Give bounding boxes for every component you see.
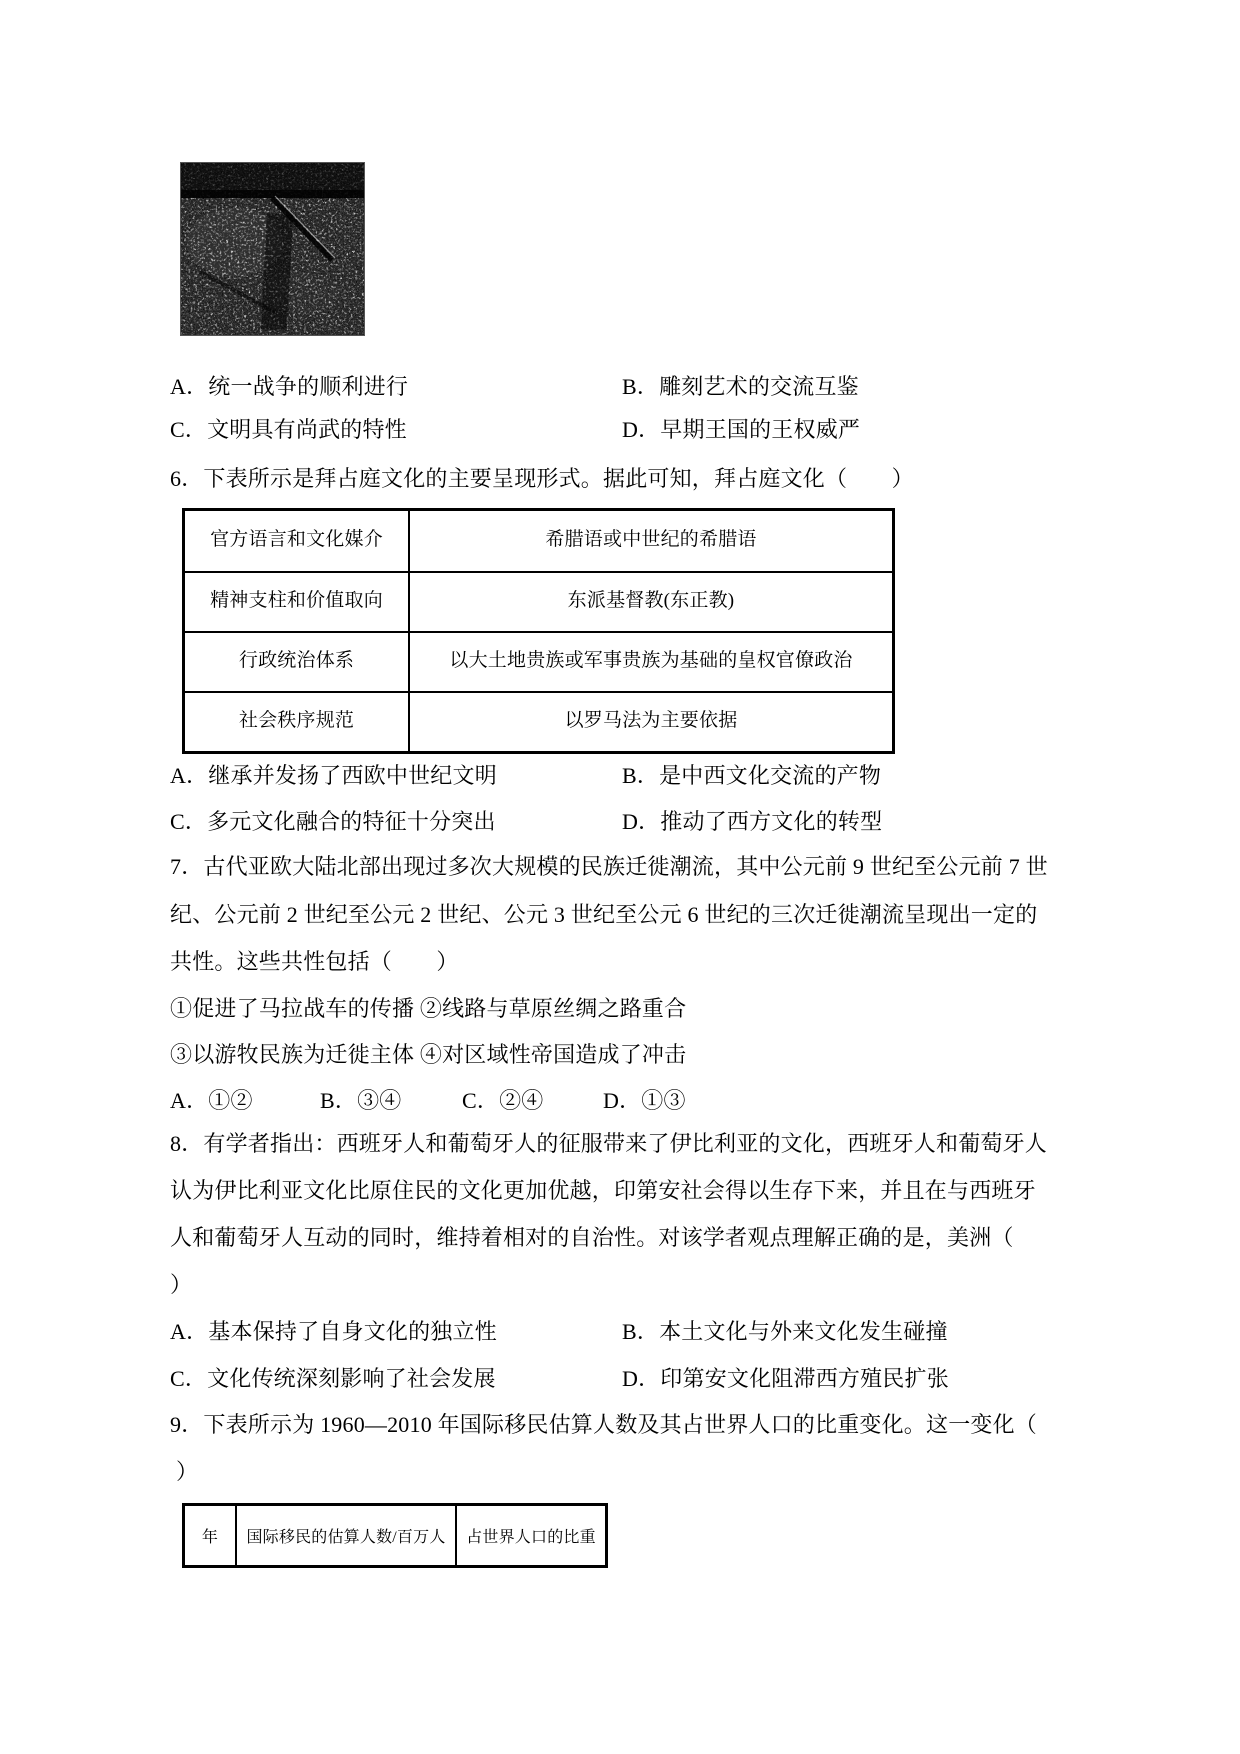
relief-carving-graphic <box>180 162 365 336</box>
q6-table-row2-label: 精神支柱和价值取向 <box>185 571 408 631</box>
q8-options-row-ab: A．基本保持了自身文化的独立性 B．本土文化与外来文化发生碰撞 <box>170 1318 948 1345</box>
q5-option-a: A．统一战争的顺利进行 <box>170 373 622 400</box>
q9-table-header-migrants: 国际移民的估算人数/百万人 <box>235 1506 455 1565</box>
q8-stem-line2: 认为伊比利亚文化比原住民的文化更加优越，印第安社会得以生存下来，并且在与西班牙 <box>170 1177 1036 1204</box>
q7-option-d: D．①③ <box>603 1087 686 1114</box>
q7-option-c: C．②④ <box>462 1087 603 1114</box>
q8-option-c: C．文化传统深刻影响了社会发展 <box>170 1365 622 1392</box>
q8-option-b: B．本土文化与外来文化发生碰撞 <box>622 1318 948 1345</box>
q6-stem: 6．下表所示是拜占庭文化的主要呈现形式。据此可知，拜占庭文化（ ） <box>170 465 914 492</box>
q8-option-d: D．印第安文化阻滞西方殖民扩张 <box>622 1365 949 1392</box>
q5-option-d: D．早期王国的王权威严 <box>622 416 860 443</box>
q6-table-row1-value: 希腊语或中世纪的希腊语 <box>408 511 892 571</box>
q7-stem-line2: 纪、公元前 2 世纪至公元 2 世纪、公元 3 世纪至公元 6 世纪的三次迁徙潮… <box>170 901 1037 928</box>
q9-table-header-share: 占世界人口的比重 <box>455 1506 605 1565</box>
q5-option-b: B．雕刻艺术的交流互鉴 <box>622 373 859 400</box>
q8-stem-line1: 8．有学者指出：西班牙人和葡萄牙人的征服带来了伊比利亚的文化，西班牙人和葡萄牙人 <box>170 1130 1047 1157</box>
q9-stem-line2: ） <box>176 1458 198 1485</box>
q5-options-row-cd: C．文明具有尚武的特性 D．早期王国的王权威严 <box>170 416 860 443</box>
q6-option-c: C．多元文化融合的特征十分突出 <box>170 808 622 835</box>
q8-option-a: A．基本保持了自身文化的独立性 <box>170 1318 622 1345</box>
q7-option-a: A．①② <box>170 1087 320 1114</box>
q8-stem-line3: 人和葡萄牙人互动的同时，维持着相对的自治性。对该学者观点理解正确的是，美洲（ <box>170 1224 1014 1251</box>
q8-stem-line4: ） <box>170 1271 192 1298</box>
q6-byzantine-culture-table: 官方语言和文化媒介 希腊语或中世纪的希腊语 精神支柱和价值取向 东派基督教(东正… <box>182 508 895 754</box>
q9-table-header-year: 年 <box>185 1506 235 1565</box>
q6-table-row4-value: 以罗马法为主要依据 <box>408 691 892 751</box>
q6-table-row3-label: 行政统治体系 <box>185 631 408 691</box>
q7-items-line2: ③以游牧民族为迁徙主体 ④对区域性帝国造成了冲击 <box>170 1041 686 1068</box>
q8-options-row-cd: C．文化传统深刻影响了社会发展 D．印第安文化阻滞西方殖民扩张 <box>170 1365 949 1392</box>
q9-migrants-table: 年 国际移民的估算人数/百万人 占世界人口的比重 <box>182 1503 608 1568</box>
q6-option-b: B．是中西文化交流的产物 <box>622 762 881 789</box>
q6-options-row-ab: A．继承并发扬了西欧中世纪文明 B．是中西文化交流的产物 <box>170 762 881 789</box>
q7-option-b: B．③④ <box>320 1087 462 1114</box>
q7-stem-line1: 7．古代亚欧大陆北部出现过多次大规模的民族迁徙潮流，其中公元前 9 世纪至公元前… <box>170 853 1048 880</box>
relief-carving-image <box>180 162 365 336</box>
q7-options-row: A．①② B．③④ C．②④ D．①③ <box>170 1087 686 1114</box>
q6-table-row2-value: 东派基督教(东正教) <box>408 571 892 631</box>
q6-table-row3-value: 以大土地贵族或军事贵族为基础的皇权官僚政治 <box>408 631 892 691</box>
q7-stem-line3: 共性。这些共性包括（ ） <box>170 948 459 975</box>
q7-items-line1: ①促进了马拉战车的传播 ②线路与草原丝绸之路重合 <box>170 995 686 1022</box>
exam-document-page: A．统一战争的顺利进行 B．雕刻艺术的交流互鉴 C．文明具有尚武的特性 D．早期… <box>0 0 1240 1754</box>
q9-stem-line1: 9．下表所示为 1960—2010 年国际移民估算人数及其占世界人口的比重变化。… <box>170 1411 1037 1438</box>
q6-option-a: A．继承并发扬了西欧中世纪文明 <box>170 762 622 789</box>
q6-options-row-cd: C．多元文化融合的特征十分突出 D．推动了西方文化的转型 <box>170 808 882 835</box>
q5-option-c: C．文明具有尚武的特性 <box>170 416 622 443</box>
q5-options-row-ab: A．统一战争的顺利进行 B．雕刻艺术的交流互鉴 <box>170 373 859 400</box>
q6-table-row1-label: 官方语言和文化媒介 <box>185 511 408 571</box>
q6-table-row4-label: 社会秩序规范 <box>185 691 408 751</box>
q6-option-d: D．推动了西方文化的转型 <box>622 808 882 835</box>
